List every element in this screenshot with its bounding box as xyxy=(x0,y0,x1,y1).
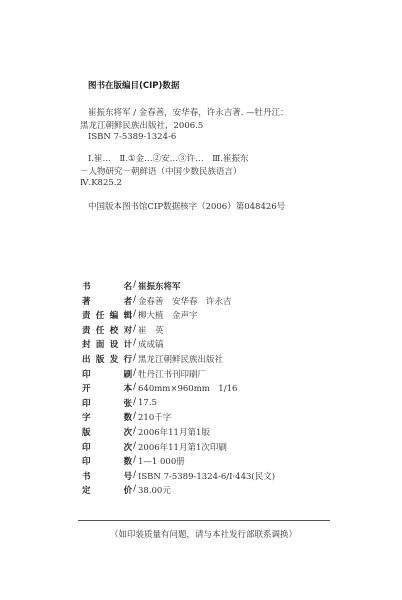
label-char: 印 xyxy=(82,441,91,453)
label-slash: / xyxy=(133,309,136,321)
imprint-row: 出版发行/黑龙江朝鲜民族出版社 xyxy=(82,352,223,366)
label-slash: / xyxy=(133,324,136,336)
imprint-label: 封面设计/ xyxy=(82,338,136,350)
label-char: 印 xyxy=(82,455,91,467)
imprint-label: 印张/ xyxy=(82,397,136,409)
imprint-value: 黑龙江朝鲜民族出版社 xyxy=(138,353,223,365)
imprint-row: 印刷/牡丹江书刊印刷厂 xyxy=(82,367,206,381)
cip-line: ISBN 7-5389-1324-6 xyxy=(88,132,176,142)
imprint-label: 版次/ xyxy=(82,426,136,438)
label-char: 著 xyxy=(82,295,91,307)
cip-line: Ⅳ.K825.2 xyxy=(80,178,122,188)
cip-line: Ⅰ.崔… Ⅱ.①金…②安…③许… Ⅲ.崔振东 xyxy=(88,152,249,164)
label-char: 数 xyxy=(124,455,133,467)
label-char: 价 xyxy=(124,484,133,496)
imprint-value: 38.00元 xyxy=(138,484,171,496)
label-slash: / xyxy=(133,382,136,394)
label-char: 责 xyxy=(82,309,91,321)
label-char: 对 xyxy=(124,324,133,336)
divider xyxy=(78,520,330,521)
label-slash: / xyxy=(133,295,136,307)
imprint-value: 崔 英 xyxy=(138,324,164,336)
label-char: 发 xyxy=(110,353,119,365)
label-char: 版 xyxy=(96,353,105,365)
label-char: 印 xyxy=(82,397,91,409)
label-char: 书 xyxy=(82,280,91,292)
imprint-row: 印张/17.5 xyxy=(82,396,157,410)
label-slash: / xyxy=(133,353,136,365)
imprint-label: 定价/ xyxy=(82,484,136,496)
label-char: 计 xyxy=(124,338,133,350)
label-slash: / xyxy=(133,426,136,438)
cip-line: －人物研究－朝鲜语（中国少数民族语言） xyxy=(80,165,242,177)
label-char: 定 xyxy=(82,484,91,496)
imprint-value: 2006年11月第1次印刷 xyxy=(138,441,227,453)
label-char: 字 xyxy=(82,411,91,423)
imprint-row: 书名/崔振东将军 xyxy=(82,279,181,293)
label-slash: / xyxy=(133,411,136,423)
label-char: 面 xyxy=(96,338,105,350)
imprint-label: 责任编辑/ xyxy=(82,309,136,321)
label-slash: / xyxy=(133,455,136,467)
imprint-row: 版次/2006年11月第1版 xyxy=(82,425,210,439)
label-slash: / xyxy=(133,397,136,409)
imprint-row: 印次/2006年11月第1次印刷 xyxy=(82,440,227,454)
imprint-value: 210千字 xyxy=(138,411,171,423)
label-char: 校 xyxy=(110,324,119,336)
footnote: （如印装质量有问题，请与本社发行部联系调换） xyxy=(110,528,297,540)
imprint-row: 定价/38.00元 xyxy=(82,483,171,497)
imprint-value: 牡丹江书刊印刷厂 xyxy=(138,368,206,380)
label-char: 印 xyxy=(82,368,91,380)
imprint-label: 出版发行/ xyxy=(82,353,136,365)
imprint-value: ISBN 7-5389-1324-6/I·443(民文) xyxy=(138,470,275,482)
copyright-page: 图书在版编目(CIP)数据 崔振东将军 / 金春善，安华春，许永吉著. —牡丹江… xyxy=(0,0,402,600)
label-char: 号 xyxy=(124,470,133,482)
label-char: 责 xyxy=(82,324,91,336)
imprint-row: 书号/ISBN 7-5389-1324-6/I·443(民文) xyxy=(82,469,275,483)
imprint-value: 崔振东将军 xyxy=(138,280,181,292)
label-char: 版 xyxy=(82,426,91,438)
imprint-label: 著者/ xyxy=(82,295,136,307)
imprint-value: 640mm×960mm 1/16 xyxy=(138,382,237,394)
label-char: 次 xyxy=(124,441,133,453)
label-slash: / xyxy=(133,470,136,482)
label-char: 编 xyxy=(110,309,119,321)
label-slash: / xyxy=(133,280,136,292)
imprint-row: 字数/210千字 xyxy=(82,410,171,424)
cip-title: 图书在版编目(CIP)数据 xyxy=(88,79,179,91)
label-char: 刷 xyxy=(124,368,133,380)
label-char: 行 xyxy=(124,353,133,365)
imprint-row: 开本/640mm×960mm 1/16 xyxy=(82,381,237,395)
label-char: 开 xyxy=(82,382,91,394)
label-slash: / xyxy=(133,338,136,350)
imprint-row: 印数/1—1 000册 xyxy=(82,454,185,468)
imprint-row: 封面设计/成成镐 xyxy=(82,337,164,351)
imprint-label: 字数/ xyxy=(82,411,136,423)
imprint-row: 责任编辑/柳大植 金声宇 xyxy=(82,308,198,322)
label-char: 名 xyxy=(124,280,133,292)
imprint-value: 1—1 000册 xyxy=(138,455,185,467)
label-char: 书 xyxy=(82,470,91,482)
label-char: 数 xyxy=(124,411,133,423)
imprint-label: 责任校对/ xyxy=(82,324,136,336)
label-char: 次 xyxy=(124,426,133,438)
label-char: 出 xyxy=(82,353,91,365)
cip-line: 黑龙江朝鲜民族出版社，2006.5 xyxy=(80,119,203,131)
imprint-row: 责任校对/崔 英 xyxy=(82,323,164,337)
label-slash: / xyxy=(133,484,136,496)
imprint-value: 2006年11月第1版 xyxy=(138,426,210,438)
imprint-label: 印次/ xyxy=(82,441,136,453)
label-char: 辑 xyxy=(124,309,133,321)
imprint-label: 印数/ xyxy=(82,455,136,467)
cip-line: 崔振东将军 / 金春善，安华春，许永吉著. —牡丹江： xyxy=(88,106,289,118)
label-char: 任 xyxy=(96,324,105,336)
imprint-label: 书号/ xyxy=(82,470,136,482)
cip-line: 中国版本图书馆CIP数据核字（2006）第048426号 xyxy=(88,200,285,212)
imprint-label: 书名/ xyxy=(82,280,136,292)
label-char: 者 xyxy=(124,295,133,307)
imprint-label: 印刷/ xyxy=(82,368,136,380)
label-char: 张 xyxy=(124,397,133,409)
imprint-value: 金春善 安华春 许永吉 xyxy=(138,295,232,307)
imprint-value: 成成镐 xyxy=(138,338,164,350)
label-slash: / xyxy=(133,368,136,380)
imprint-value: 17.5 xyxy=(138,398,157,408)
imprint-row: 著者/金春善 安华春 许永吉 xyxy=(82,294,232,308)
label-char: 封 xyxy=(82,338,91,350)
imprint-value: 柳大植 金声宇 xyxy=(138,309,198,321)
imprint-label: 开本/ xyxy=(82,382,136,394)
label-char: 任 xyxy=(96,309,105,321)
label-slash: / xyxy=(133,441,136,453)
label-char: 本 xyxy=(124,382,133,394)
label-char: 设 xyxy=(110,338,119,350)
